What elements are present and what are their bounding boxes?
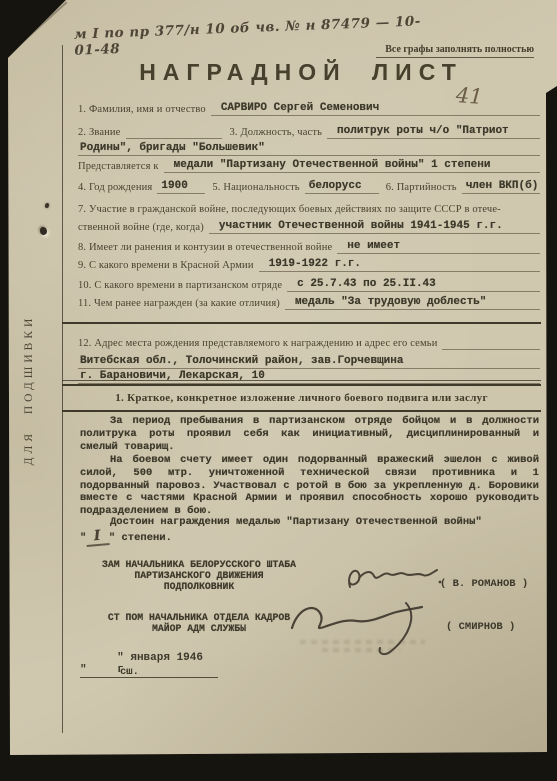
field-war-service-value: участник Отечественной войны 1941-1945 г…: [209, 220, 505, 233]
field-red-army-rule: 1919-1922 г.г.: [259, 253, 540, 272]
field-war-service-label2: ственной войне (где, когда): [78, 222, 204, 234]
field-partisan-rule: с 25.7.43 по 25.II.43: [287, 273, 540, 292]
award-conclusion: Достоин награждения медалью "Партизану О…: [80, 516, 539, 545]
field-nominated-rule: медали "Партизану Отечественной войны" 1…: [164, 154, 540, 173]
hr-signature-name: ( СМИРНОВ ): [446, 621, 515, 633]
field-party-rule: член ВКП(б): [462, 175, 540, 194]
field-nationality-rule: белорусс: [305, 175, 379, 194]
merit-description: За период пребывания в партизанском отря…: [80, 415, 539, 518]
paper-sheet: м I по пр 377/н 10 об чв. № н 87479 — 10…: [0, 0, 557, 781]
field-partisan-value: с 25.7.43 по 25.II.43: [287, 278, 438, 291]
field-nominated-label: Представляется к: [78, 161, 159, 173]
field-wounds-value: не имеет: [337, 240, 402, 253]
merit-section-heading: 1. Краткое, конкретное изложение личного…: [62, 392, 541, 404]
romanov-signature-script: [342, 562, 446, 598]
fill-instruction: Все графы заполнять полностью: [376, 44, 534, 58]
field-address-rule2: г. Барановичи, Лекарская, 10: [78, 365, 540, 384]
section-divider: [62, 322, 541, 324]
field-red-army-value: 1919-1922 г.г.: [259, 258, 363, 271]
field-partisan: 10. С какого времени в партизанском отря…: [78, 276, 540, 292]
field-wounds-rule: не имеет: [337, 235, 540, 254]
field-name: 1. Фамилия, имя и отчество САРВИРО Серге…: [78, 100, 540, 116]
field-war-service-rule: участник Отечественной войны 1941-1945 г…: [209, 215, 540, 234]
chief-title-line2: ПАРТИЗАНСКОГО ДВИЖЕНИЯ: [80, 570, 318, 581]
section-divider: [62, 410, 541, 412]
field-nationality-value: белорусс: [305, 180, 364, 193]
chief-signature-title: ЗАМ НАЧАЛЬНИКА БЕЛОРУССКОГО ШТАБА ПАРТИЗ…: [80, 559, 318, 592]
field-address-value2-row: г. Барановичи, Лекарская, 10: [78, 368, 540, 384]
handwritten-registry-note: м I по пр 377/н 10 об чв. № н 87479 — 10…: [74, 13, 425, 58]
handwritten-degree: I: [86, 529, 110, 546]
field-birth-year-value: 1900: [157, 180, 189, 193]
field-name-rule: САРВИРО Сергей Семенович: [211, 97, 540, 116]
field-war-service: 7. Участие в гражданской войне, последую…: [78, 200, 540, 216]
paper-hole: [40, 227, 47, 235]
field-prev-awards-rule: медаль "За трудовую доблесть": [285, 291, 540, 310]
form-margin-line: [62, 45, 63, 733]
field-red-army-label: 9. С какого времени в Красной Армии: [78, 260, 254, 272]
field-address-label: 12. Адрес места рождения представляемого…: [78, 338, 437, 350]
merit-paragraph-2: На боевом счету имеет один подорванный в…: [80, 454, 539, 519]
field-address-value2: г. Барановичи, Лекарская, 10: [78, 370, 267, 383]
date-note: сш.: [120, 666, 139, 678]
field-birth-year-label: 4. Год рождения: [78, 182, 152, 194]
document-title: НАГРАДНОЙ ЛИСТ: [62, 59, 540, 86]
chief-title-line3: ПОДПОЛКОВНИК: [80, 581, 318, 592]
field-prev-awards-value: медаль "За трудовую доблесть": [285, 296, 488, 309]
section-divider: [62, 380, 541, 381]
scanned-award-sheet: м I по пр 377/н 10 об чв. № н 87479 — 10…: [0, 0, 557, 781]
field-partisan-label: 10. С какого времени в партизанском отря…: [78, 280, 282, 292]
field-birth-year-rule: 1900: [157, 175, 205, 194]
field-war-service-cont: ственной войне (где, когда) участник Оте…: [78, 218, 540, 234]
field-name-value: САРВИРО Сергей Семенович: [211, 102, 381, 115]
degree-quote-close: ": [109, 532, 115, 544]
date-line: " " января 1946 г.: [80, 652, 218, 678]
field-party-label: 6. Партийность: [386, 182, 457, 194]
field-name-label: 1. Фамилия, имя и отчество: [78, 104, 206, 116]
field-birth-nat-party: 4. Год рождения 1900 5. Национальность б…: [78, 178, 540, 194]
corner-crease: [5, 1, 67, 57]
date-quote-open: ": [80, 664, 87, 676]
smirnov-signature-script: [282, 596, 442, 658]
paper-hole: [45, 203, 49, 208]
chief-title-line1: ЗАМ НАЧАЛЬНИКА БЕЛОРУССКОГО ШТАБА: [80, 559, 318, 570]
degree-suffix: степени.: [122, 532, 172, 544]
field-wounds: 8. Имеет ли ранения и контузии в отечест…: [78, 238, 540, 254]
chief-signature-name: ( В. РОМАНОВ ): [440, 578, 528, 590]
field-address: 12. Адрес места рождения представляемого…: [78, 334, 540, 350]
field-prev-awards: 11. Чем ранее награжден (за какие отличи…: [78, 294, 540, 310]
section-divider: [62, 384, 541, 386]
binding-margin-note: ДЛЯ ПОДШИВКИ: [23, 305, 39, 475]
field-prev-awards-label: 11. Чем ранее награжден (за какие отличи…: [78, 298, 280, 310]
field-party-value: член ВКП(б): [462, 180, 541, 193]
field-nominated: Представляется к медали "Партизану Отече…: [78, 157, 540, 173]
conclusion-line: Достоин награждения медалью "Партизану О…: [80, 516, 539, 530]
field-nominated-value: медали "Партизану Отечественной войны" 1…: [164, 159, 493, 172]
field-red-army: 9. С какого времени в Красной Армии 1919…: [78, 256, 540, 272]
field-nationality-label: 5. Национальность: [212, 182, 299, 194]
merit-paragraph-1: За период пребывания в партизанском отря…: [80, 415, 539, 454]
degree-line: "I" степени.: [80, 530, 539, 546]
